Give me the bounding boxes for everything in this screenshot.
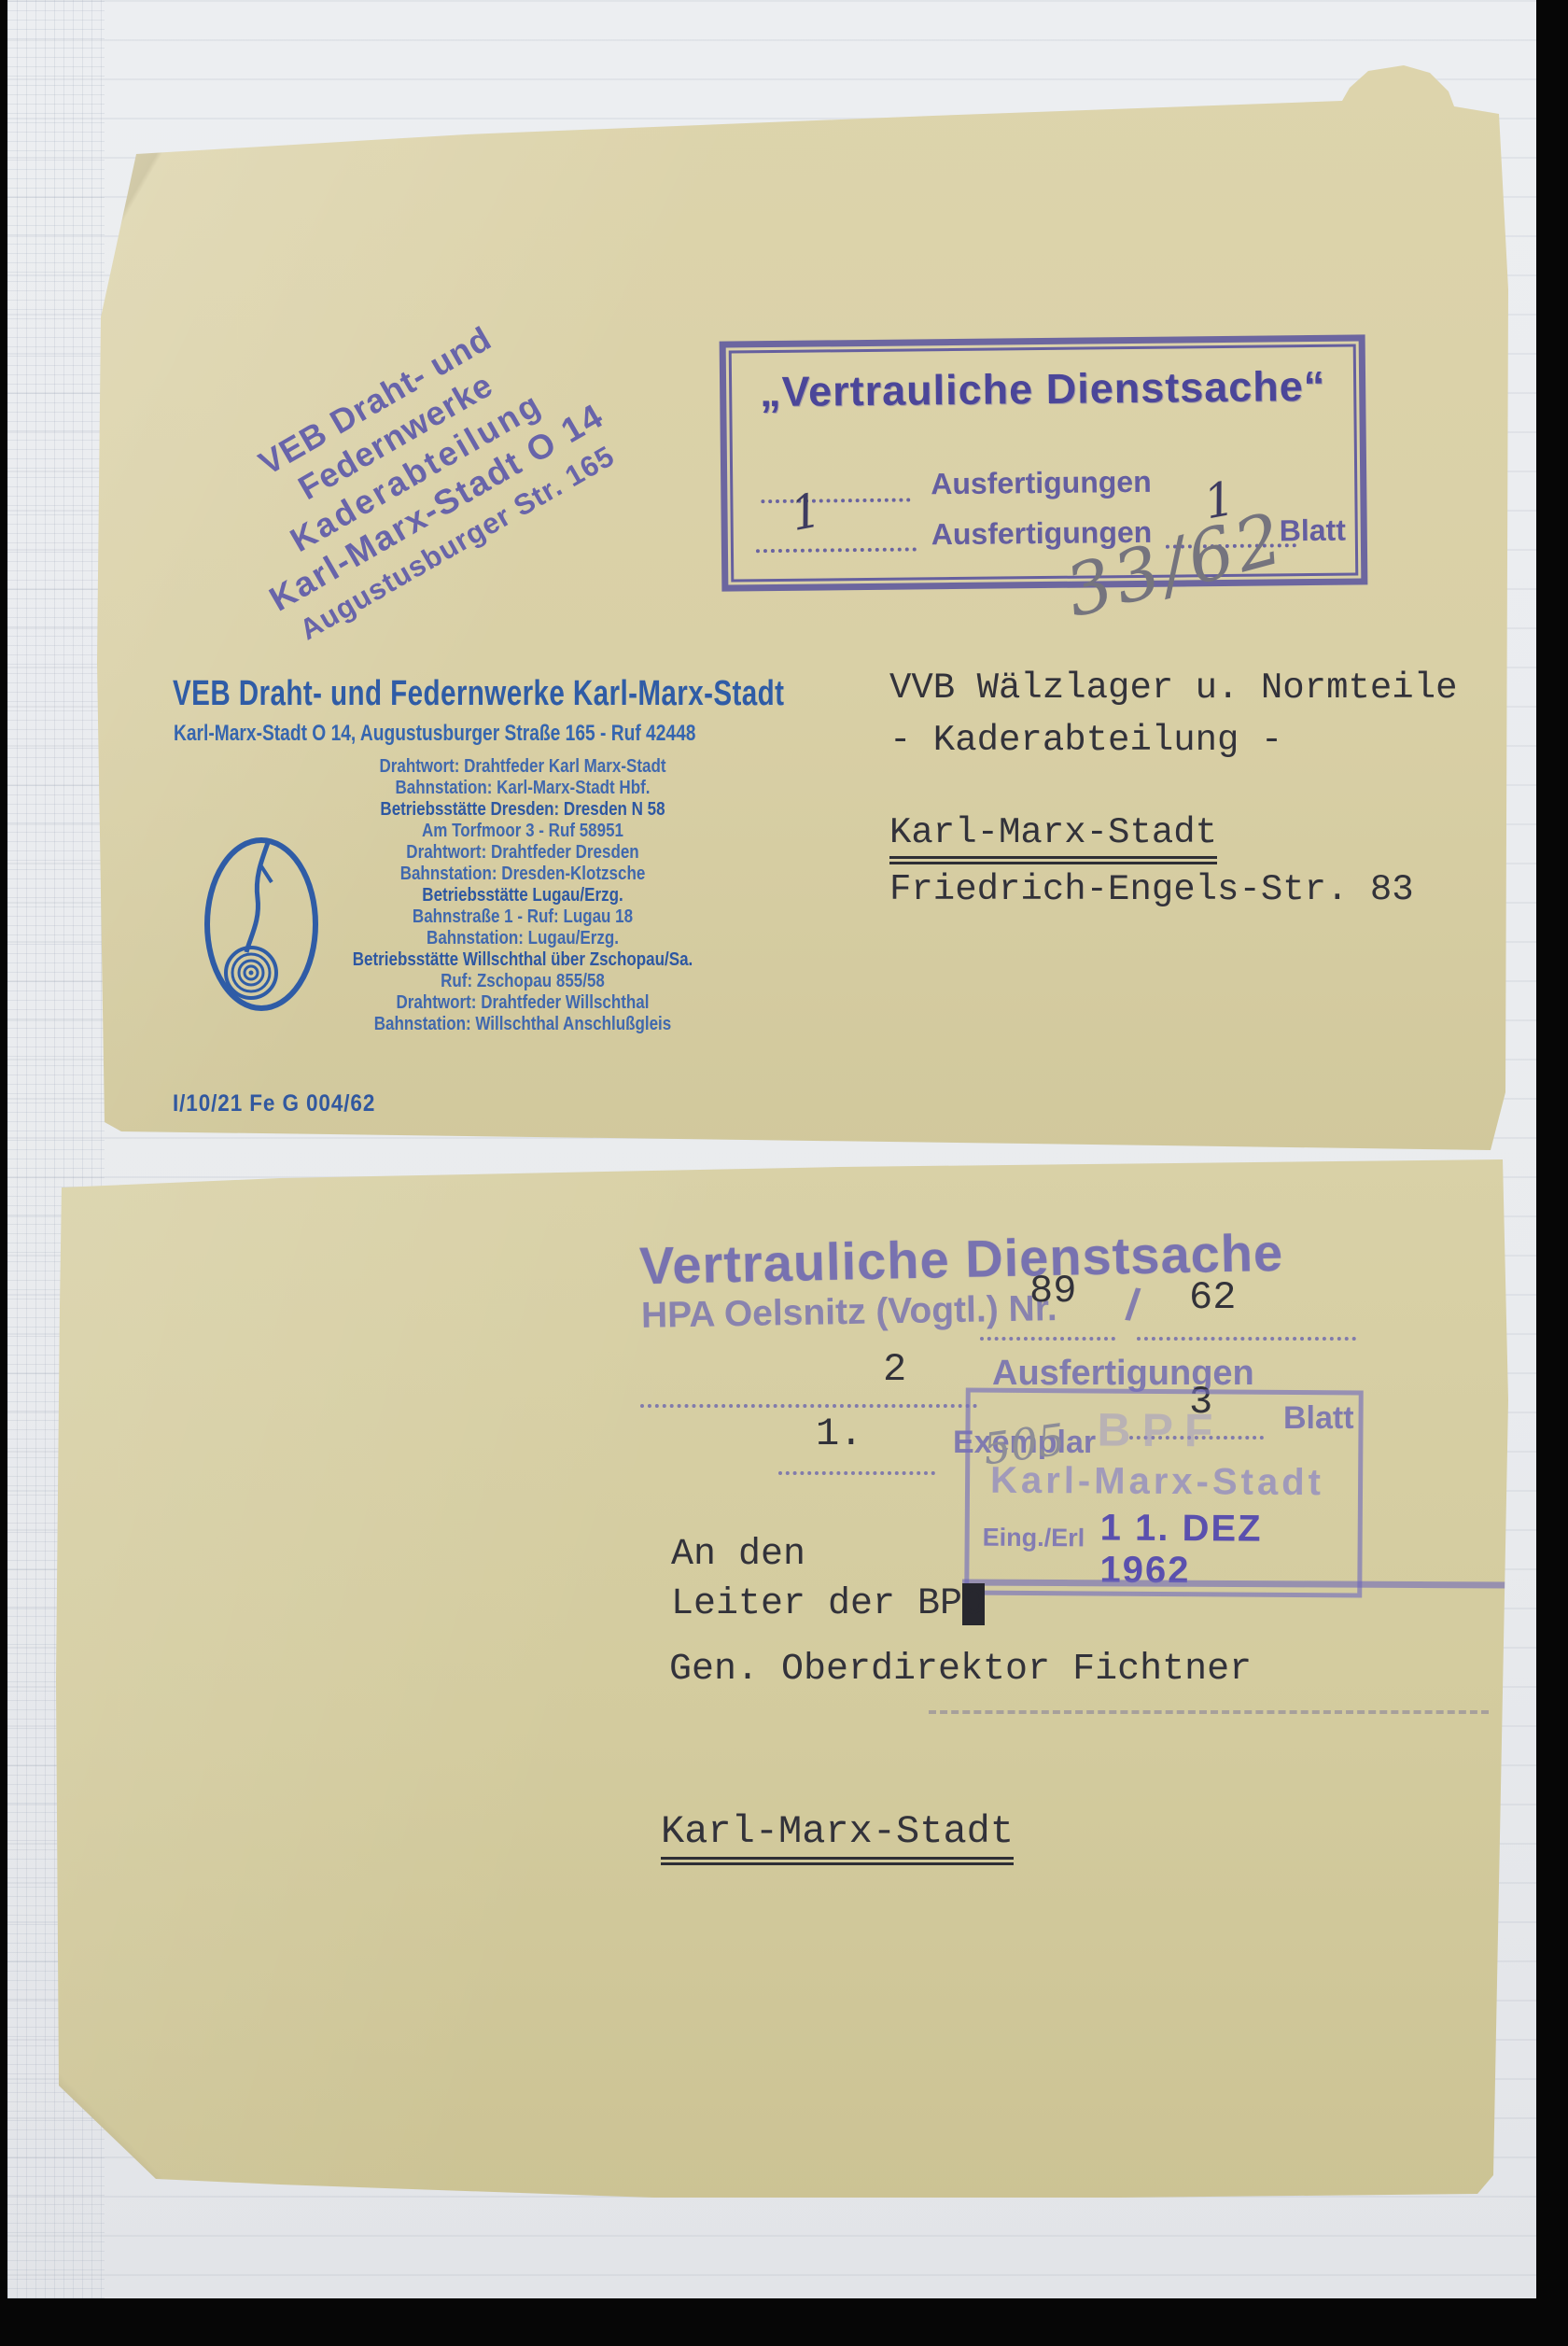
letterhead-line: Bahnstraße 1 - Ruf: Lugau 18	[277, 906, 769, 928]
envelope-bottom: Vertrauliche Dienstsache HPA Oelsnitz (V…	[51, 1156, 1512, 2206]
handwritten-count: 1	[786, 483, 825, 541]
date-stamp-city: Karl-Marx-Stadt	[990, 1460, 1324, 1504]
dotted-line	[640, 1404, 977, 1408]
recipient-line: An den	[671, 1534, 805, 1576]
typed-number: 89	[1029, 1269, 1076, 1313]
confidential-stamp-title: Vertrauliche Dienstsache	[638, 1222, 1283, 1296]
envelope-top: VEB Draht- und Federnwerke Kaderabteilun…	[93, 65, 1521, 1162]
dotted-line	[980, 1337, 1115, 1341]
typed-year: 62	[1189, 1275, 1236, 1320]
recipient-line: - Kaderabteilung -	[889, 720, 1282, 761]
hpa-oelsnitz-line: HPA Oelsnitz (Vogtl.) Nr.	[641, 1288, 1057, 1337]
typed-copies: 2	[883, 1347, 906, 1392]
letterhead-line: Betriebsstätte Dresden: Dresden N 58	[277, 799, 769, 821]
confidential-title: „Vertrauliche Dienstsache“	[732, 362, 1354, 417]
letterhead-line: Am Torfmoor 3 - Ruf 58951	[277, 821, 769, 842]
faint-stamp-line	[929, 1710, 1489, 1714]
recipient-city-text: Karl-Marx-Stadt	[889, 812, 1217, 864]
letterhead-line: Drahtwort: Drahtfeder Dresden	[277, 842, 769, 864]
diagonal-sender-stamp: VEB Draht- und Federnwerke Kaderabteilun…	[155, 261, 668, 666]
letterhead-line: Bahnstation: Karl-Marx-Stadt Hbf.	[277, 778, 769, 799]
recipient-line: Leiter der BPO	[671, 1583, 985, 1625]
recipient-line: VVB Wälzlager u. Normteile	[889, 667, 1458, 709]
typed-exemplar-number: 1.	[816, 1412, 862, 1456]
letterhead-line: Betriebsstätte Lugau/Erzg.	[277, 885, 769, 906]
recipient-line-text: Leiter der BP	[671, 1583, 962, 1625]
letterhead-title: VEB Draht- und Federnwerke Karl-Marx-Sta…	[173, 674, 784, 714]
recipient-city: Karl-Marx-Stadt	[889, 812, 1217, 853]
letterhead-line: Bahnstation: Willschthal Anschlußgleis	[277, 1014, 769, 1035]
recipient-line: Gen. Oberdirektor Fichtner	[669, 1649, 1252, 1691]
faded-stamp-text: BPF	[1097, 1402, 1224, 1457]
form-code: I/10/21 Fe G 004/62	[173, 1090, 375, 1117]
letterhead-line: Ruf: Zschopau 855/58	[277, 971, 769, 992]
date-stamp-box: 505 BPF Karl-Marx-Stadt Eing./Erl 1 1. D…	[964, 1388, 1364, 1598]
recipient-street: Friedrich-Engels-Str. 83	[889, 869, 1414, 910]
stamp-slash: /	[1123, 1279, 1142, 1331]
spring-logo-icon	[198, 833, 325, 1016]
recipient-city: Karl-Marx-Stadt	[661, 1809, 1014, 1854]
letterhead-address: Karl-Marx-Stadt O 14, Augustusburger Str…	[174, 721, 695, 747]
dotted-line	[761, 498, 910, 503]
dotted-line	[756, 547, 917, 553]
dotted-line	[778, 1471, 935, 1475]
recipient-city-text: Karl-Marx-Stadt	[661, 1809, 1014, 1865]
eingang-label: Eing./Erl	[983, 1524, 1085, 1553]
letterhead-lines: Drahtwort: Drahtfeder Karl Marx-StadtBah…	[277, 756, 769, 1035]
ausfertigungen-label: Ausfertigungen	[931, 465, 1152, 501]
overtyped-char: O	[962, 1583, 985, 1625]
letterhead-line: Bahnstation: Dresden-Klotzsche	[277, 864, 769, 885]
letterhead-line: Drahtwort: Drahtfeder Willschthal	[277, 992, 769, 1014]
dotted-line	[1137, 1337, 1356, 1341]
letterhead-line: Betriebsstätte Willschthal über Zschopau…	[277, 949, 769, 971]
letterhead-line: Drahtwort: Drahtfeder Karl Marx-Stadt	[277, 756, 769, 778]
letterhead-line: Bahnstation: Lugau/Erzg.	[277, 928, 769, 949]
blatt-label: Blatt	[1280, 513, 1346, 549]
